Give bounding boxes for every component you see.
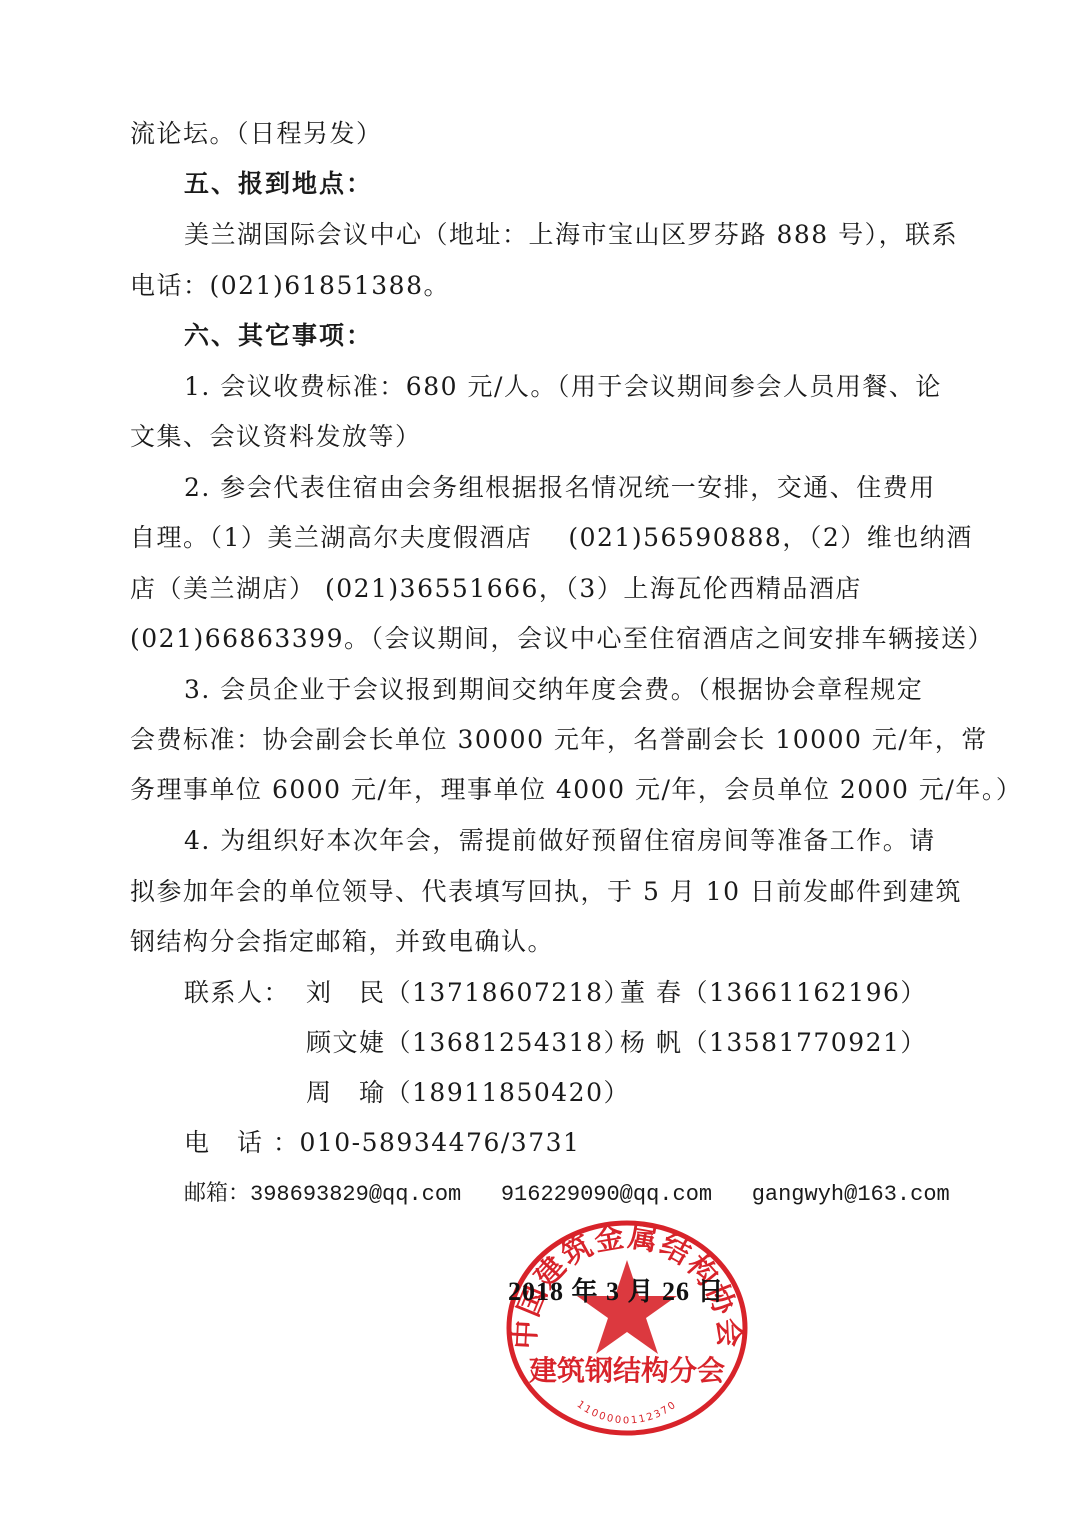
item3-line1: 3. 会员企业于会议报到期间交纳年度会费。（根据协会章程规定 bbox=[184, 674, 923, 706]
item3-line3: 务理事单位 6000 元/年，理事单位 4000 元/年，会员单位 2000 元… bbox=[130, 774, 1022, 806]
contact-phone: （13718607218） bbox=[386, 978, 630, 1007]
seal-number: 1100000112370 bbox=[575, 1399, 680, 1426]
official-seal-icon: 中国建筑金属结构协会 建筑钢结构分会 1100000112370 bbox=[502, 1218, 752, 1438]
document-date: 2018 年 3 月 26 日 bbox=[508, 1276, 725, 1308]
contact-person: 刘 民（13718607218） bbox=[306, 977, 630, 1009]
section5-line2: 电话：(021)61851388。 bbox=[130, 270, 450, 302]
phone-value: 010-58934476/3731 bbox=[299, 1128, 580, 1157]
contacts-label: 联系人： bbox=[184, 977, 290, 1009]
item4-line1: 4. 为组织好本次年会，需提前做好预留住宿房间等准备工作。请 bbox=[184, 825, 936, 857]
item4-line3: 钢结构分会指定邮箱，并致电确认。 bbox=[130, 926, 554, 958]
contact-name: 刘 民 bbox=[306, 978, 386, 1007]
contact-name: 顾文婕 bbox=[306, 1028, 386, 1057]
contact-person: 杨 帆（13581770921） bbox=[620, 1027, 927, 1059]
contact-person: 董 春（13661162196） bbox=[620, 977, 927, 1009]
contact-phone: （13661162196） bbox=[682, 978, 926, 1007]
email-address[interactable]: 398693829@qq.com bbox=[250, 1182, 461, 1207]
item2-line2: 自理。（1）美兰湖高尔夫度假酒店 (021)56590888，（2）维也纳酒 bbox=[130, 522, 973, 554]
contact-name: 杨 帆 bbox=[620, 1028, 682, 1057]
continuation-line: 流论坛。（日程另发） bbox=[130, 118, 383, 150]
item2-line4: (021)66863399。（会议期间，会议中心至住宿酒店之间安排车辆接送） bbox=[130, 623, 994, 655]
section5-heading: 五、报到地点： bbox=[184, 168, 373, 200]
section5-line1: 美兰湖国际会议中心（地址：上海市宝山区罗芬路 888 号），联系 bbox=[184, 219, 958, 251]
item1-line2: 文集、会议资料发放等） bbox=[130, 421, 422, 453]
contact-phone: （13681254318） bbox=[386, 1028, 630, 1057]
office-phone: 电 话 ：010-58934476/3731 bbox=[184, 1127, 580, 1159]
email-address[interactable]: 916229090@qq.com bbox=[501, 1182, 712, 1207]
seal-inner-text: 建筑钢结构分会 bbox=[529, 1354, 725, 1387]
item1-line1: 1. 会议收费标准：680 元/人。（用于会议期间参会人员用餐、论 bbox=[184, 371, 942, 403]
email-line: 邮箱：398693829@qq.com 916229090@qq.com gan… bbox=[184, 1178, 950, 1211]
contact-name: 周 瑜 bbox=[306, 1078, 386, 1107]
item3-line2: 会费标准：协会副会长单位 30000 元年，名誉副会长 10000 元/年，常 bbox=[130, 724, 988, 756]
svg-text:1100000112370: 1100000112370 bbox=[575, 1399, 680, 1426]
contact-person: 顾文婕（13681254318） bbox=[306, 1027, 630, 1059]
contact-name: 董 春 bbox=[620, 978, 682, 1007]
contact-person: 周 瑜（18911850420） bbox=[306, 1077, 630, 1109]
item2-line3: 店（美兰湖店） (021)36551666，（3）上海瓦伦西精品酒店 bbox=[130, 573, 862, 605]
contact-phone: （13581770921） bbox=[682, 1028, 926, 1057]
contact-phone: （18911850420） bbox=[386, 1078, 630, 1107]
item2-line1: 2. 参会代表住宿由会务组根据报名情况统一安排，交通、住费用 bbox=[184, 472, 936, 504]
item4-line2: 拟参加年会的单位领导、代表填写回执，于 5 月 10 日前发邮件到建筑 bbox=[130, 876, 962, 908]
section6-heading: 六、其它事项： bbox=[184, 320, 373, 352]
email-label: 邮箱： bbox=[184, 1181, 250, 1206]
email-address[interactable]: gangwyh@163.com bbox=[752, 1182, 950, 1207]
phone-label: 电 话 ： bbox=[184, 1128, 299, 1157]
